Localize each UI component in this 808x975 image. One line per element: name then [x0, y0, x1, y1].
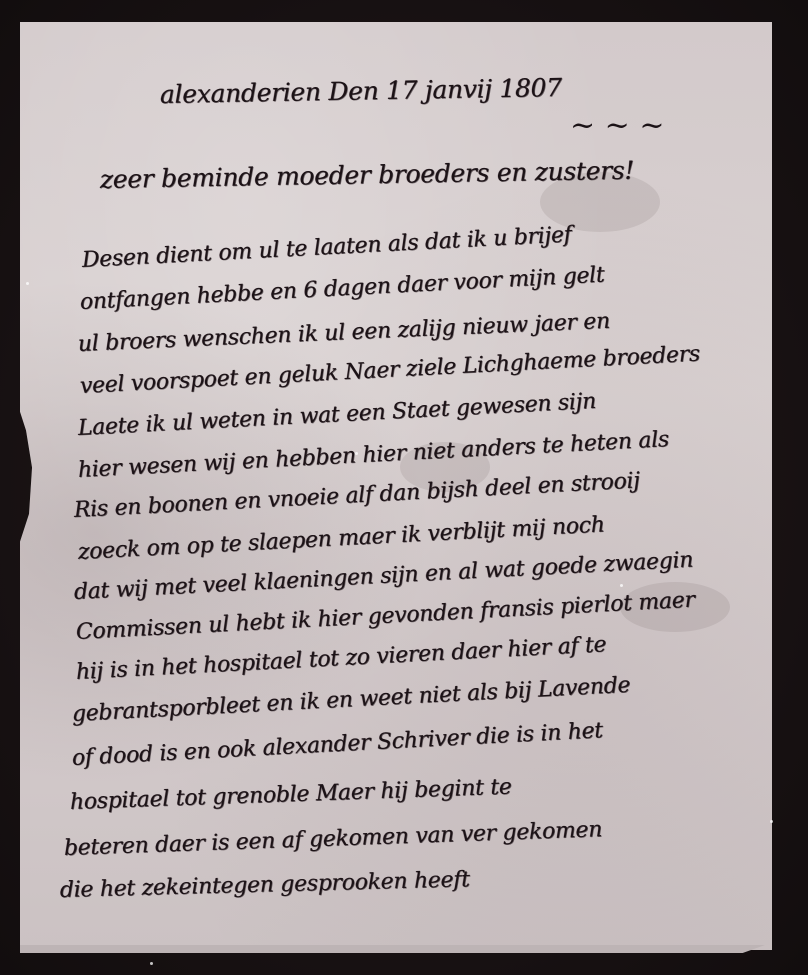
dust-speck — [26, 282, 29, 285]
dust-speck — [620, 584, 623, 587]
heading-flourish: ~ ~ ~ — [570, 108, 664, 143]
dust-speck — [770, 820, 773, 823]
dust-speck — [355, 452, 358, 455]
paper-bottom-edge — [20, 945, 765, 953]
dust-speck — [150, 962, 153, 965]
